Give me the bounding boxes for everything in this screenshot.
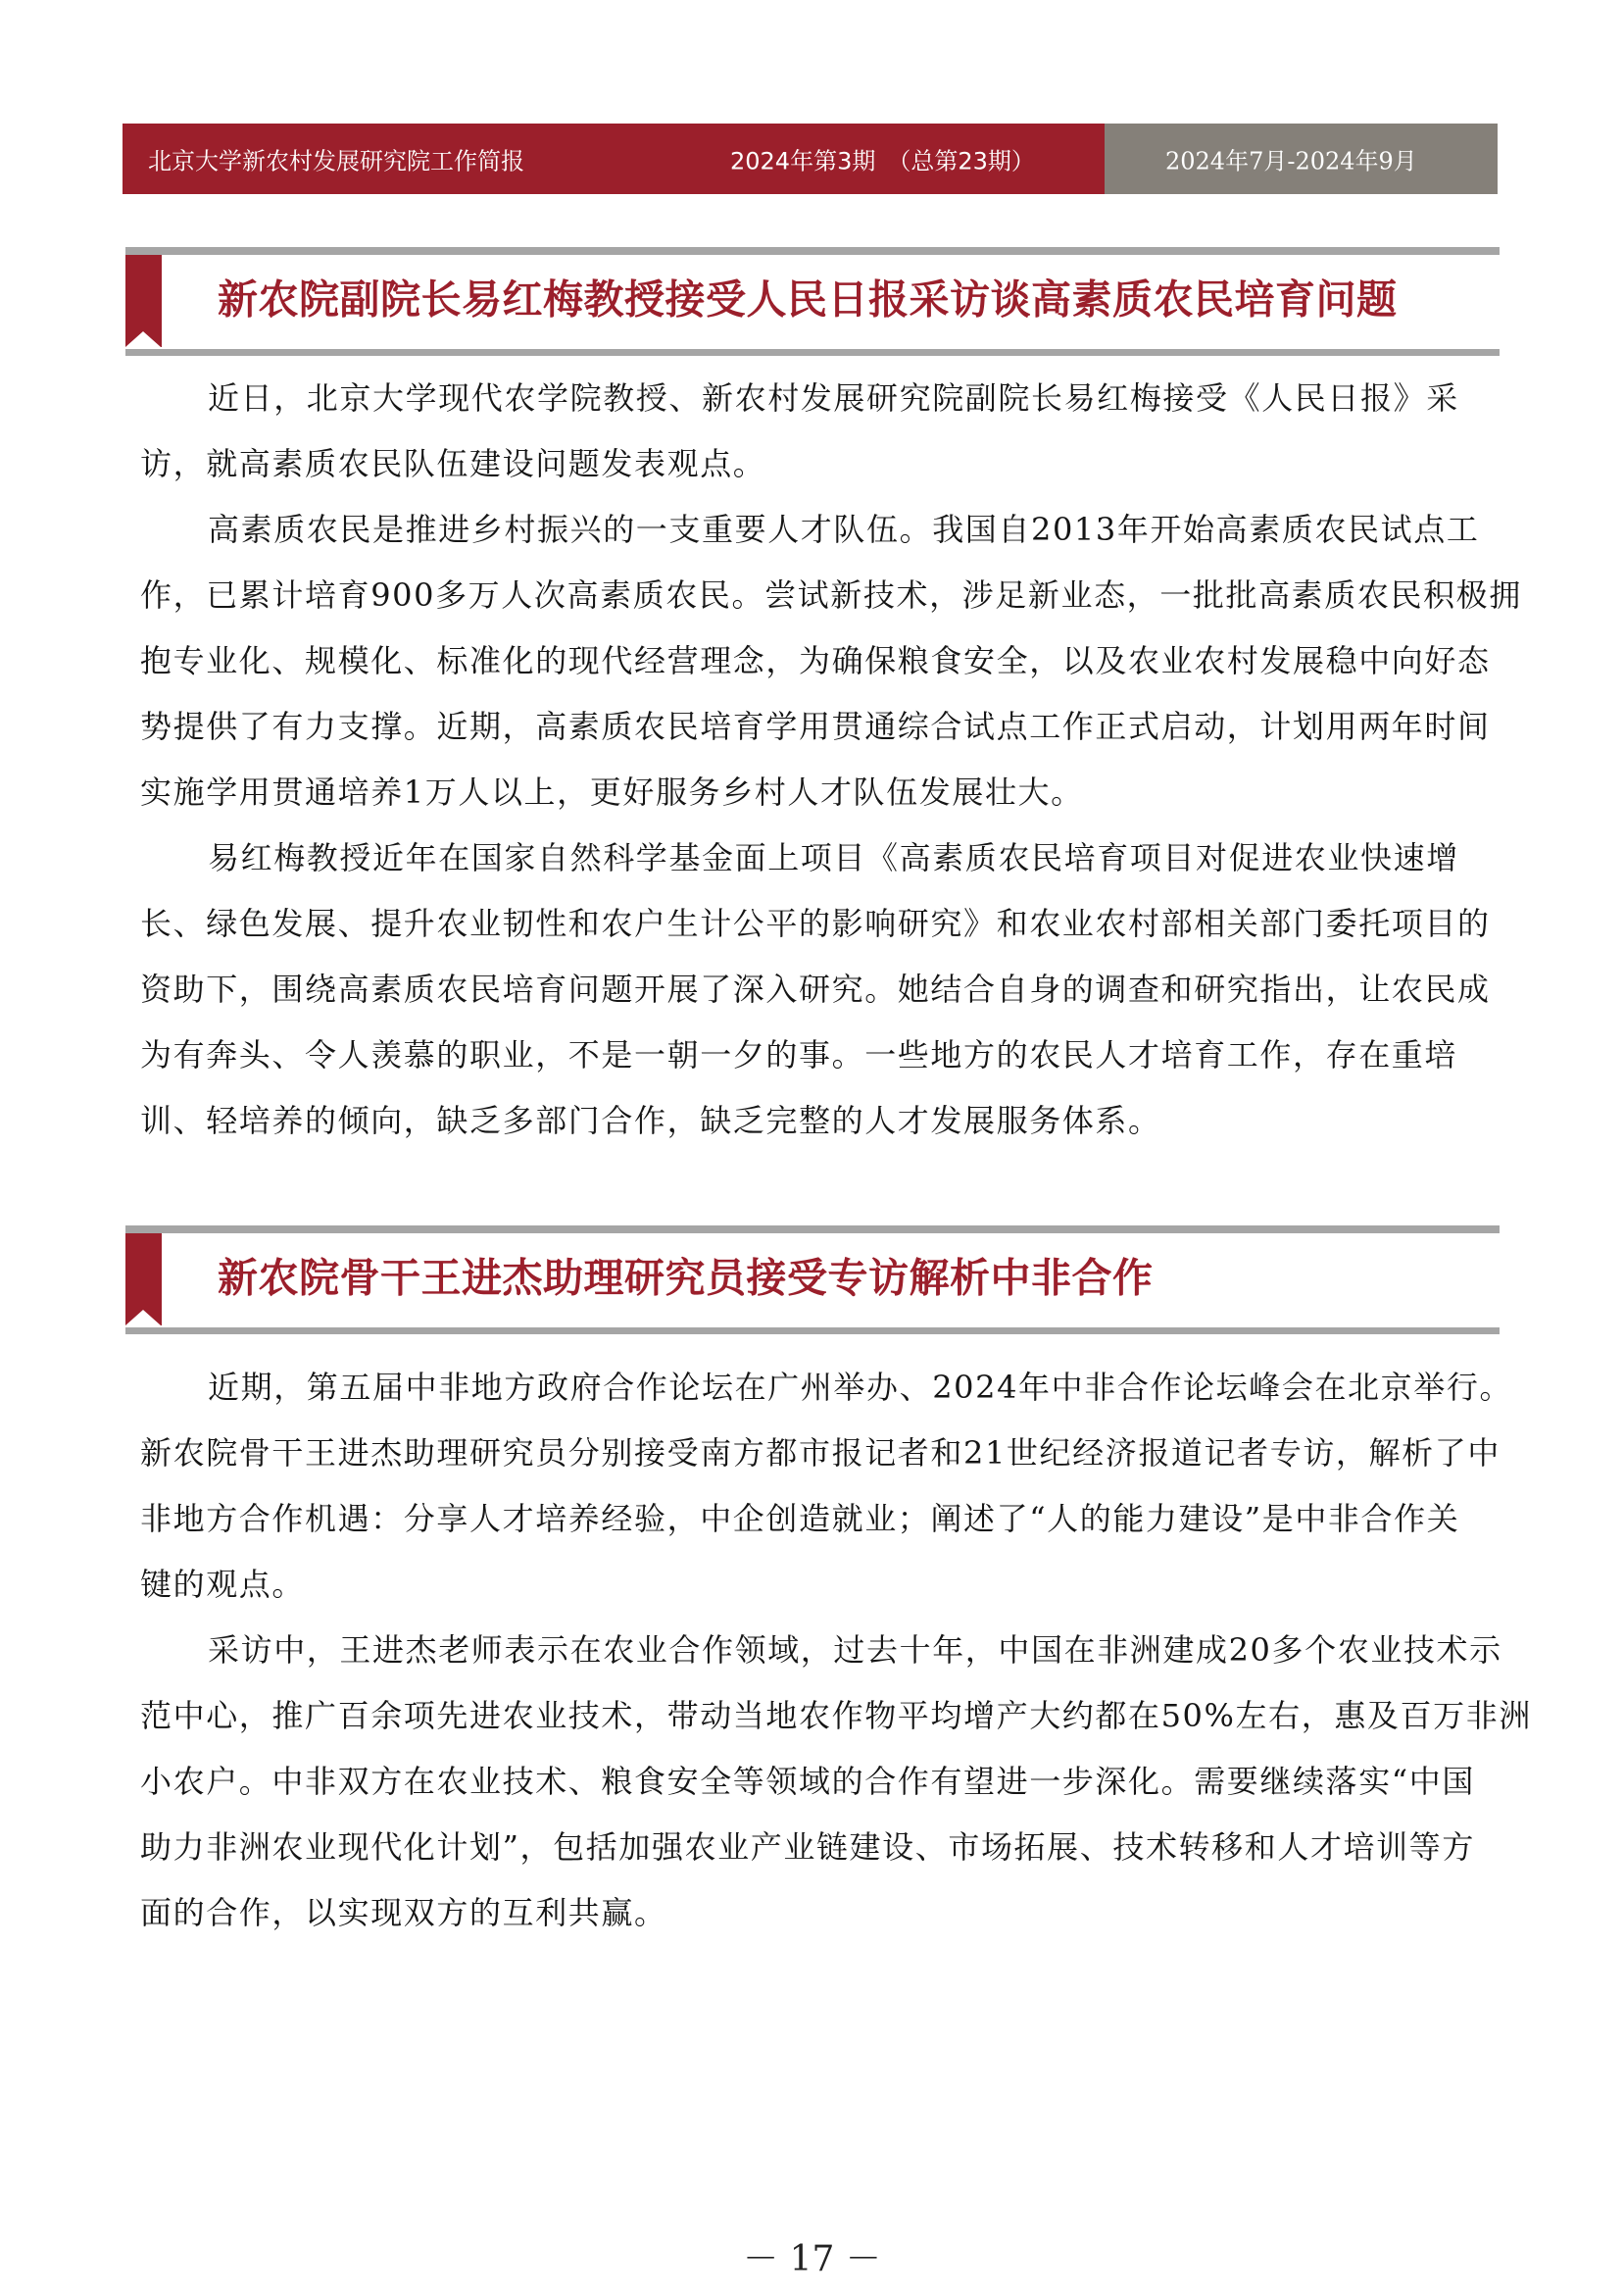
paragraph-line: 近日，北京大学现代农学院教授、新农村发展研究院副院长易红梅接受《人民日报》采 [208, 366, 1459, 431]
paragraph-line: 小农户。中非双方在农业技术、粮食安全等领域的合作有望进一步深化。需要继续落实“中… [140, 1749, 1475, 1815]
paragraph-line: 采访中，王进杰老师表示在农业合作领域，过去十年，中国在非洲建成20多个农业技术示 [208, 1618, 1502, 1683]
page-header-band: 北京大学新农村发展研究院工作简报 2024年第3期 （总第23期） 2024年7… [123, 124, 1498, 194]
paragraph-line: 作，已累计培育900多万人次高素质农民。尝试新技术，涉足新业态，一批批高素质农民… [140, 563, 1522, 628]
header-red-segment: 北京大学新农村发展研究院工作简报 2024年第3期 （总第23期） [123, 124, 1105, 194]
heading-bottom-rule [125, 1327, 1500, 1334]
paragraph-line: 键的观点。 [140, 1552, 305, 1618]
paragraph-line: 资助下，围绕高素质农民培育问题开展了深入研究。她结合自身的调查和研究指出，让农民… [140, 957, 1491, 1023]
page-number: － 17 － [0, 2231, 1624, 2281]
header-gray-segment: 2024年7月-2024年9月 [1105, 124, 1498, 194]
paragraph-line: 势提供了有力支撑。近期，高素质农民培育学用贯通综合试点工作正式启动，计划用两年时… [140, 694, 1491, 760]
paragraph-line: 非地方合作机遇：分享人才培养经验，中企创造就业；阐述了“人的能力建设”是中非合作… [140, 1486, 1459, 1552]
paragraph-line: 训、轻培养的倾向，缺乏多部门合作，缺乏完整的人才发展服务体系。 [140, 1088, 1161, 1154]
issue-period: 2024年7月-2024年9月 [1165, 142, 1417, 176]
paragraph-line: 易红梅教授近年在国家自然科学基金面上项目《高素质农民培育项目对促进农业快速增 [208, 825, 1459, 891]
bookmark-ribbon-icon [125, 1233, 162, 1325]
section-2-title: 新农院骨干王进杰助理研究员接受专访解析中非合作 [218, 1246, 1154, 1304]
section-1-title: 新农院副院长易红梅教授接受人民日报采访谈高素质农民培育问题 [218, 268, 1398, 325]
section-1-heading: 新农院副院长易红梅教授接受人民日报采访谈高素质农民培育问题 [125, 247, 1500, 356]
issue-number: 2024年第3期 （总第23期） [730, 142, 1035, 176]
paragraph-line: 范中心，推广百余项先进农业技术，带动当地农作物平均增产大约都在50%左右，惠及百… [140, 1683, 1532, 1749]
paragraph-line: 新农院骨干王进杰助理研究员分别接受南方都市报记者和21世纪经济报道记者专访，解析… [140, 1421, 1501, 1486]
paragraph-line: 实施学用贯通培养1万人以上，更好服务乡村人才队伍发展壮大。 [140, 760, 1084, 825]
paragraph-line: 面的合作，以实现双方的互利共赢。 [140, 1880, 667, 1946]
bookmark-ribbon-icon [125, 255, 162, 347]
paragraph-line: 为有奔头、令人羡慕的职业，不是一朝一夕的事。一些地方的农民人才培育工作，存在重培 [140, 1023, 1457, 1088]
paragraph-line: 助力非洲农业现代化计划”，包括加强农业产业链建设、市场拓展、技术转移和人才培训等… [140, 1815, 1475, 1880]
paragraph-line: 高素质农民是推进乡村振兴的一支重要人才队伍。我国自2013年开始高素质农民试点工 [208, 497, 1479, 563]
paragraph-line: 近期，第五届中非地方政府合作论坛在广州举办、2024年中非合作论坛峰会在北京举行… [208, 1355, 1512, 1421]
publication-title: 北京大学新农村发展研究院工作简报 [148, 142, 524, 176]
heading-bottom-rule [125, 349, 1500, 356]
paragraph-line: 抱专业化、规模化、标准化的现代经营理念，为确保粮食安全，以及农业农村发展稳中向好… [140, 628, 1491, 694]
heading-top-rule [125, 247, 1500, 255]
heading-top-rule [125, 1225, 1500, 1233]
paragraph-line: 长、绿色发展、提升农业韧性和农户生计公平的影响研究》和农业农村部相关部门委托项目… [140, 891, 1491, 957]
paragraph-line: 访，就高素质农民队伍建设问题发表观点。 [140, 431, 765, 497]
section-2-heading: 新农院骨干王进杰助理研究员接受专访解析中非合作 [125, 1225, 1500, 1334]
